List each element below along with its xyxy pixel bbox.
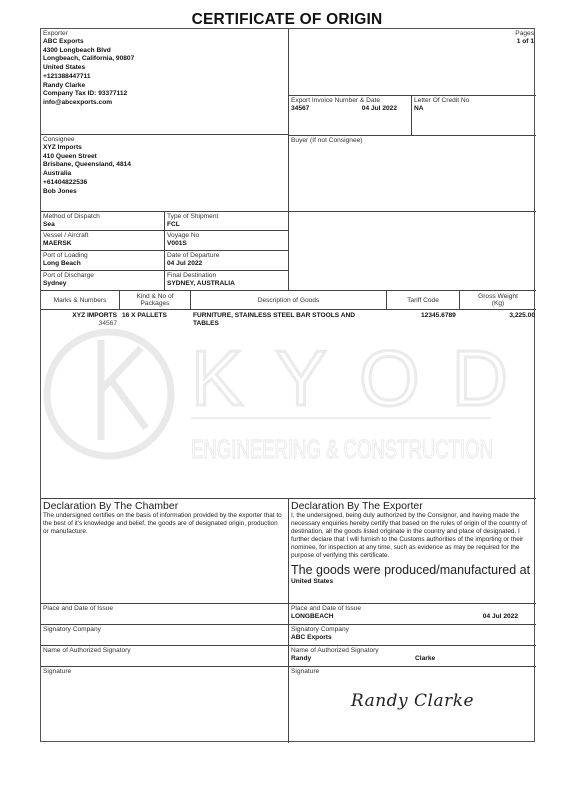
consignee-country: Australia xyxy=(41,170,288,179)
exporter-signature: Randy Clarke xyxy=(289,691,536,711)
header-marks: Marks & Numbers xyxy=(41,290,120,310)
goods-tariff: 12345.6789 xyxy=(419,312,456,320)
invoice-date: 04 Jul 2022 xyxy=(360,105,397,113)
pages-label: Pages xyxy=(289,29,536,38)
letter-of-credit-label: Letter Of Credit No xyxy=(412,96,536,105)
header-description-label: Description of Goods xyxy=(258,297,320,304)
chamber-signatory-company-box: Signatory Company xyxy=(41,624,289,646)
vessel-label: Vessel / Aircraft xyxy=(41,231,164,240)
consignee-details: XYZ Imports 410 Queen Street Brisbane, Q… xyxy=(41,144,288,196)
exporter-city: Longbeach, California, 90807 xyxy=(41,55,288,64)
final-destination-box: Final Destination SYDNEY, AUSTRALIA xyxy=(164,270,289,291)
svg-text:KYODO: KYODO xyxy=(191,334,536,422)
consignee-box: Consignee XYZ Imports 410 Queen Street B… xyxy=(41,134,289,212)
header-weight: Gross Weight (Kg) xyxy=(459,290,536,310)
exporter-box: Exporter ABC Exports 4300 Longbeach Blvd… xyxy=(41,29,289,135)
vessel-box: Vessel / Aircraft MAERSK xyxy=(41,230,165,251)
buyer-label: Buyer (If not Consignee) xyxy=(289,136,536,145)
invoice-number: 34567 xyxy=(289,105,309,113)
port-of-discharge-value: Sydney xyxy=(41,280,164,288)
port-of-loading-label: Port of Loading xyxy=(41,251,164,260)
goods-description: FURNITURE, STAINLESS STEEL BAR STOOLS AN… xyxy=(191,312,371,328)
pages-box: Pages 1 of 1 xyxy=(288,29,536,96)
method-of-dispatch-box: Method of Dispatch Sea xyxy=(41,211,165,231)
exporter-issue-place: LONGBEACH xyxy=(289,613,334,621)
exporter-place-date-box: Place and Date of Issue LONGBEACH 04 Jul… xyxy=(288,603,536,625)
final-destination-value: SYDNEY, AUSTRALIA xyxy=(165,280,288,288)
header-tariff-label: Tariff Code xyxy=(407,297,439,304)
chamber-signatory-company-label: Signatory Company xyxy=(41,625,288,634)
chamber-place-date-label: Place and Date of Issue xyxy=(41,604,288,613)
voyage-no-value: V001S xyxy=(165,240,288,248)
exporter-authorized-signatory-box: Name of Authorized Signatory Randy Clark… xyxy=(288,645,536,667)
exporter-signatory-company-label: Signatory Company xyxy=(289,625,536,634)
produced-at-label: The goods were produced/manufactured at xyxy=(289,563,536,578)
goods-marks: XYZ IMPORTS xyxy=(41,312,117,320)
goods-weight: 3,225.00 xyxy=(507,312,535,320)
certificate-form: Exporter ABC Exports 4300 Longbeach Blvd… xyxy=(40,28,535,742)
pages-value: 1 of 1 xyxy=(289,38,536,46)
exporter-place-date-label: Place and Date of Issue xyxy=(289,604,536,613)
port-of-loading-box: Port of Loading Long Beach xyxy=(41,250,165,271)
exporter-details: ABC Exports 4300 Longbeach Blvd Longbeac… xyxy=(41,38,288,108)
exporter-street: 4300 Longbeach Blvd xyxy=(41,47,288,56)
goods-row: XYZ IMPORTS 34567 16 X PALLETS FURNITURE… xyxy=(41,312,536,332)
exporter-label: Exporter xyxy=(41,29,288,38)
header-kind-label: Kind & No of Packages xyxy=(129,293,181,307)
type-of-shipment-value: FCL xyxy=(165,221,288,229)
invoice-label: Export Invoice Number & Date xyxy=(289,96,411,105)
chamber-declaration-title: Declaration By The Chamber xyxy=(41,499,288,512)
produced-at-value: United States xyxy=(289,578,536,586)
header-kind: Kind & No of Packages xyxy=(119,290,191,310)
exporter-authorized-signatory-label: Name of Authorized Signatory xyxy=(289,646,536,655)
consignee-name: XYZ Imports xyxy=(41,144,288,153)
exporter-email: info@abcexports.com xyxy=(41,99,288,108)
consignee-phone: +61404822536 xyxy=(41,179,288,188)
goods-kind: 16 X PALLETS xyxy=(120,312,167,320)
consignee-contact: Bob Jones xyxy=(41,188,288,197)
consignee-label: Consignee xyxy=(41,135,288,144)
final-destination-label: Final Destination xyxy=(165,271,288,280)
method-of-dispatch-label: Method of Dispatch xyxy=(41,212,164,221)
exporter-name: ABC Exports xyxy=(41,38,288,47)
exporter-signatory-company-value: ABC Exports xyxy=(289,634,536,642)
chamber-declaration-box: Declaration By The Chamber The undersign… xyxy=(41,498,289,604)
exporter-signature-box: Signature Randy Clarke xyxy=(288,666,536,743)
shipping-right-blank xyxy=(288,211,536,291)
goods-marks-number: 34567 xyxy=(41,320,117,328)
port-of-discharge-box: Port of Discharge Sydney xyxy=(41,270,165,291)
buyer-box: Buyer (If not Consignee) xyxy=(288,135,536,212)
letter-of-credit-box: Letter Of Credit No NA xyxy=(411,95,536,136)
header-tariff: Tariff Code xyxy=(386,290,460,310)
chamber-authorized-signatory-label: Name of Authorized Signatory xyxy=(41,646,288,655)
voyage-no-box: Voyage No V001S xyxy=(164,230,289,251)
chamber-signature-label: Signature xyxy=(41,667,288,676)
port-of-discharge-label: Port of Discharge xyxy=(41,271,164,280)
invoice-box: Export Invoice Number & Date 34567 04 Ju… xyxy=(288,95,412,136)
date-of-departure-box: Date of Departure 04 Jul 2022 xyxy=(164,250,289,271)
vessel-value: MAERSK xyxy=(41,240,164,248)
header-description: Description of Goods xyxy=(190,290,387,310)
chamber-signature-box: Signature xyxy=(41,666,289,743)
exporter-declaration-title: Declaration By The Exporter xyxy=(289,499,536,512)
exporter-phone: +121388447711 xyxy=(41,73,288,82)
voyage-no-label: Voyage No xyxy=(165,231,288,240)
exporter-declaration-box: Declaration By The Exporter I, the under… xyxy=(288,498,536,604)
chamber-authorized-signatory-box: Name of Authorized Signatory xyxy=(41,645,289,667)
exporter-tax-id: Company Tax ID: 93377112 xyxy=(41,90,288,99)
exporter-signature-label: Signature xyxy=(289,667,536,676)
header-marks-label: Marks & Numbers xyxy=(54,297,107,304)
chamber-place-date-box: Place and Date of Issue xyxy=(41,603,289,625)
chamber-declaration-body: The undersigned certifies on the basis o… xyxy=(41,512,288,536)
kyodo-watermark-logo: KYODO ENGINEERING & CONSTRUCTION xyxy=(41,310,536,499)
type-of-shipment-box: Type of Shipment FCL xyxy=(164,211,289,231)
header-weight-label: Gross Weight (Kg) xyxy=(474,293,522,307)
document-title: CERTIFICATE OF ORIGIN xyxy=(0,11,574,29)
date-of-departure-value: 04 Jul 2022 xyxy=(165,260,288,268)
consignee-street: 410 Queen Street xyxy=(41,153,288,162)
exporter-signatory-last-name: Clarke xyxy=(413,655,435,663)
exporter-contact: Randy Clarke xyxy=(41,82,288,91)
letter-of-credit-value: NA xyxy=(412,105,536,113)
port-of-loading-value: Long Beach xyxy=(41,260,164,268)
goods-body: KYODO ENGINEERING & CONSTRUCTION XYZ IMP… xyxy=(41,309,536,499)
type-of-shipment-label: Type of Shipment xyxy=(165,212,288,221)
method-of-dispatch-value: Sea xyxy=(41,221,164,229)
svg-text:ENGINEERING & CONSTRUCTION: ENGINEERING & CONSTRUCTION xyxy=(191,436,493,464)
exporter-country: United States xyxy=(41,64,288,73)
exporter-declaration-body: I, the undersigned, being duly authorize… xyxy=(289,512,536,560)
exporter-signatory-first-name: Randy xyxy=(289,655,311,663)
date-of-departure-label: Date of Departure xyxy=(165,251,288,260)
exporter-signatory-company-box: Signatory Company ABC Exports xyxy=(288,624,536,646)
exporter-issue-date: 04 Jul 2022 xyxy=(481,613,518,621)
consignee-city: Brisbane, Queensland, 4814 xyxy=(41,161,288,170)
